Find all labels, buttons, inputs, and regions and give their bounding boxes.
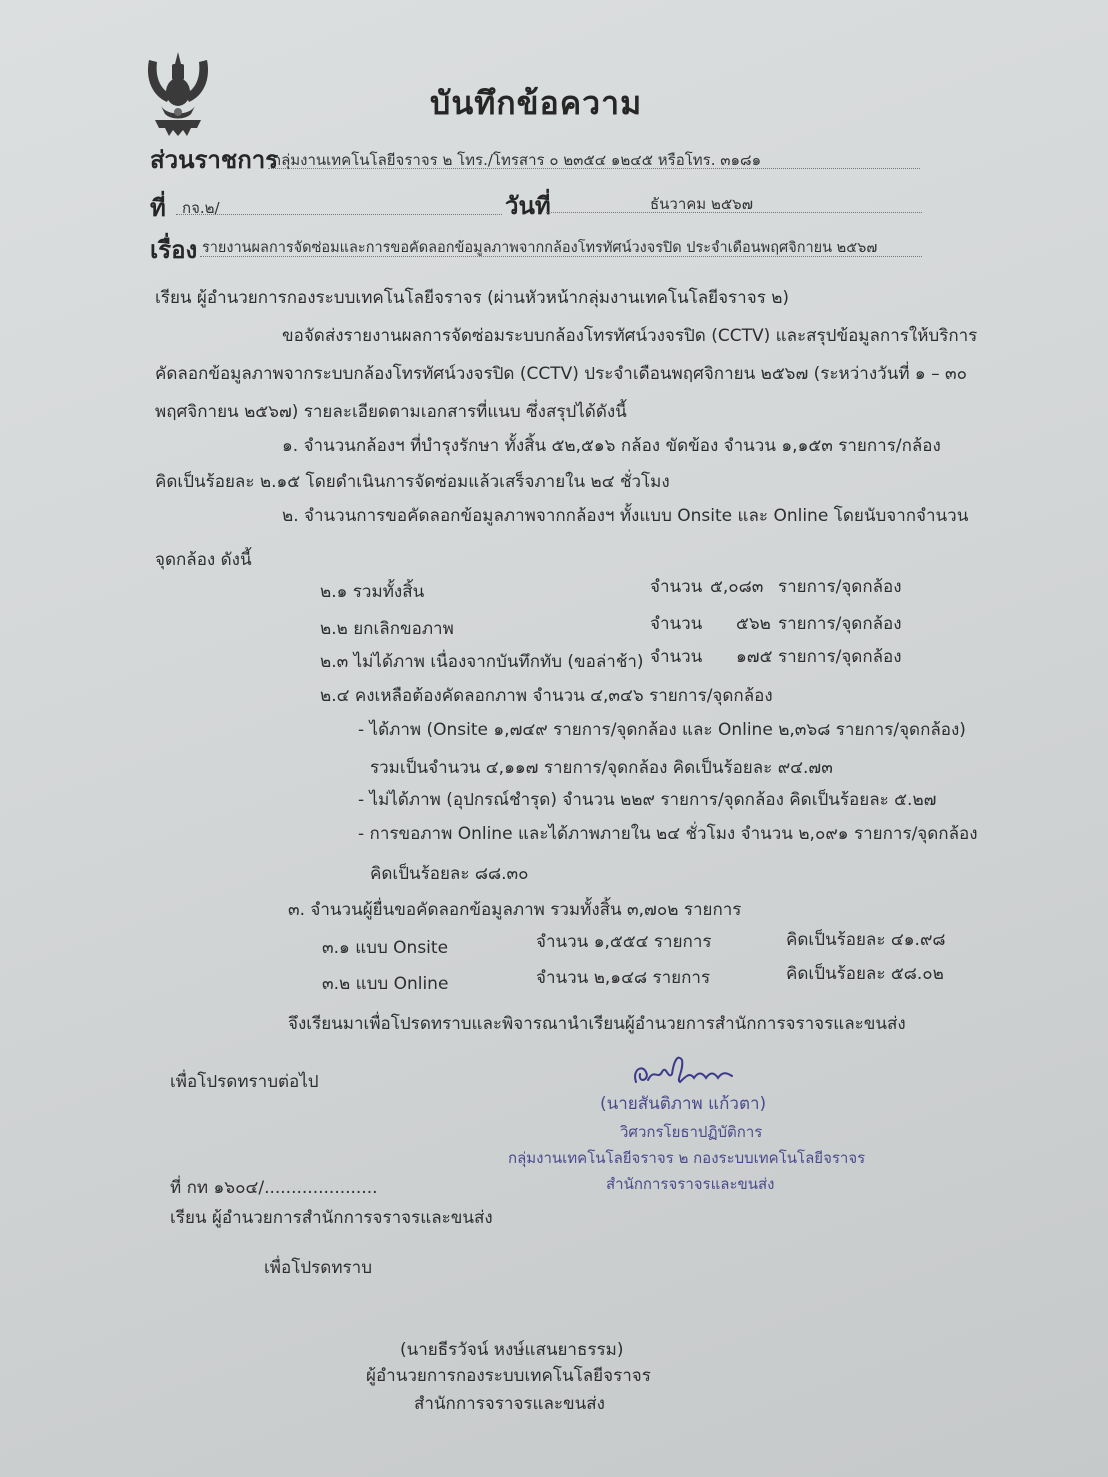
item2-2-unit: รายการ/จุดกล้อง <box>778 610 902 637</box>
item2-1-prefix: จำนวน <box>650 573 702 600</box>
date-underline <box>546 212 922 213</box>
subject-label: เรื่อง <box>150 230 197 269</box>
forward-ref: ที่ กท ๑๖๐๔/..................... <box>170 1174 378 1201</box>
item2-4-sub-2: รวมเป็นจำนวน ๔,๑๑๗ รายการ/จุดกล้อง คิดเป… <box>370 754 833 781</box>
item2-4-sub-3: - ไม่ได้ภาพ (อุปกรณ์ชำรุด) จำนวน ๒๒๙ ราย… <box>358 786 936 813</box>
item3-header: ๓. จำนวนผู้ยื่นขอคัดลอกข้อมูลภาพ รวมทั้ง… <box>288 896 741 923</box>
subject-underline <box>200 256 922 257</box>
item1-line-1: ๑. จำนวนกล้องฯ ที่บำรุงรักษา ทั้งสิ้น ๕๒… <box>282 432 941 459</box>
signer1-position: วิศวกรโยธาปฏิบัติการ <box>620 1120 762 1144</box>
salutation: เรียน ผู้อำนวยการกองระบบเทคโนโลยีจราจร (… <box>155 284 789 311</box>
item3-1-percent: คิดเป็นร้อยละ ๔๑.๙๘ <box>786 926 946 953</box>
item3-1-count: จำนวน ๑,๕๕๔ รายการ <box>536 928 712 955</box>
item3-2-label: ๓.๒ แบบ Online <box>322 970 448 997</box>
item2-3-value: ๑๗๕ <box>736 643 772 670</box>
item3-2-count: จำนวน ๒,๑๔๘ รายการ <box>536 964 710 991</box>
item2-3-label: ๒.๓ ไม่ได้ภาพ เนื่องจากบันทึกทับ (ขอล่าช… <box>320 648 644 675</box>
signer2-office: สำนักการจราจรและขนส่ง <box>414 1390 605 1417</box>
item2-line-2: จุดกล้อง ดังนี้ <box>155 546 252 573</box>
intro-line-2: คัดลอกข้อมูลภาพจากระบบกล้องโทรทัศน์วงจรป… <box>155 360 967 387</box>
date-label: วันที่ <box>505 186 551 225</box>
item2-1-label: ๒.๑ รวมทั้งสิ้น <box>320 578 424 605</box>
ref-value: กจ.๒/ <box>182 196 220 220</box>
item2-4-sub-1: - ได้ภาพ (Onsite ๑,๗๔๙ รายการ/จุดกล้อง แ… <box>358 716 966 743</box>
agency-underline <box>268 168 920 169</box>
signer1-unit: กลุ่มงานเทคโนโลยีจราจร ๒ กองระบบเทคโนโลย… <box>508 1146 865 1170</box>
forward-to: เรียน ผู้อำนวยการสำนักการจราจรและขนส่ง <box>170 1204 493 1231</box>
document-title: บันทึกข้อความ <box>430 78 642 129</box>
signature-icon <box>628 1050 748 1090</box>
item2-4: ๒.๔ คงเหลือต้องคัดลอกภาพ จำนวน ๔,๓๔๖ ราย… <box>320 682 773 709</box>
item2-line-1: ๒. จำนวนการขอคัดลอกข้อมูลภาพจากกล้องฯ ทั… <box>282 502 968 529</box>
item2-4-sub-4: - การขอภาพ Online และได้ภาพภายใน ๒๔ ชั่ว… <box>358 820 978 847</box>
item3-2-percent: คิดเป็นร้อยละ ๕๘.๐๒ <box>786 960 944 987</box>
signer1-office: สำนักการจราจรและขนส่ง <box>606 1172 775 1196</box>
item1-line-2: คิดเป็นร้อยละ ๒.๑๕ โดยดำเนินการจัดซ่อมแล… <box>155 468 670 495</box>
intro-line-3: พฤศจิกายน ๒๕๖๗) รายละเอียดตามเอกสารที่แน… <box>155 398 627 425</box>
closing-text: จึงเรียนมาเพื่อโปรดทราบและพิจารณานำเรียน… <box>288 1010 906 1037</box>
note-left: เพื่อโปรดทราบต่อไป <box>170 1068 319 1095</box>
forward-note: เพื่อโปรดทราบ <box>264 1254 372 1281</box>
signer2-name: (นายธีรวัจน์ หงษ์แสนยาธรรม) <box>400 1336 623 1363</box>
item2-3-prefix: จำนวน <box>650 643 702 670</box>
ref-label: ที่ <box>150 188 166 227</box>
agency-label: ส่วนราชการ <box>150 140 278 179</box>
item2-3-unit: รายการ/จุดกล้อง <box>778 643 902 670</box>
item2-1-value: ๕,๐๘๓ <box>710 573 763 600</box>
item2-4-sub-5: คิดเป็นร้อยละ ๘๘.๓๐ <box>370 860 529 887</box>
ref-underline <box>176 214 502 215</box>
signer1-name: (นายสันติภาพ แก้วตา) <box>600 1090 766 1117</box>
item2-2-prefix: จำนวน <box>650 610 702 637</box>
item3-1-label: ๓.๑ แบบ Onsite <box>322 934 448 961</box>
item2-2-value: ๕๖๒ <box>736 610 771 637</box>
intro-line-1: ขอจัดส่งรายงานผลการจัดซ่อมระบบกล้องโทรทั… <box>282 322 977 349</box>
item2-1-unit: รายการ/จุดกล้อง <box>778 573 902 600</box>
garuda-emblem-icon <box>143 50 213 138</box>
signer2-position: ผู้อำนวยการกองระบบเทคโนโลยีจราจร <box>366 1362 651 1389</box>
item2-2-label: ๒.๒ ยกเลิกขอภาพ <box>320 615 454 642</box>
